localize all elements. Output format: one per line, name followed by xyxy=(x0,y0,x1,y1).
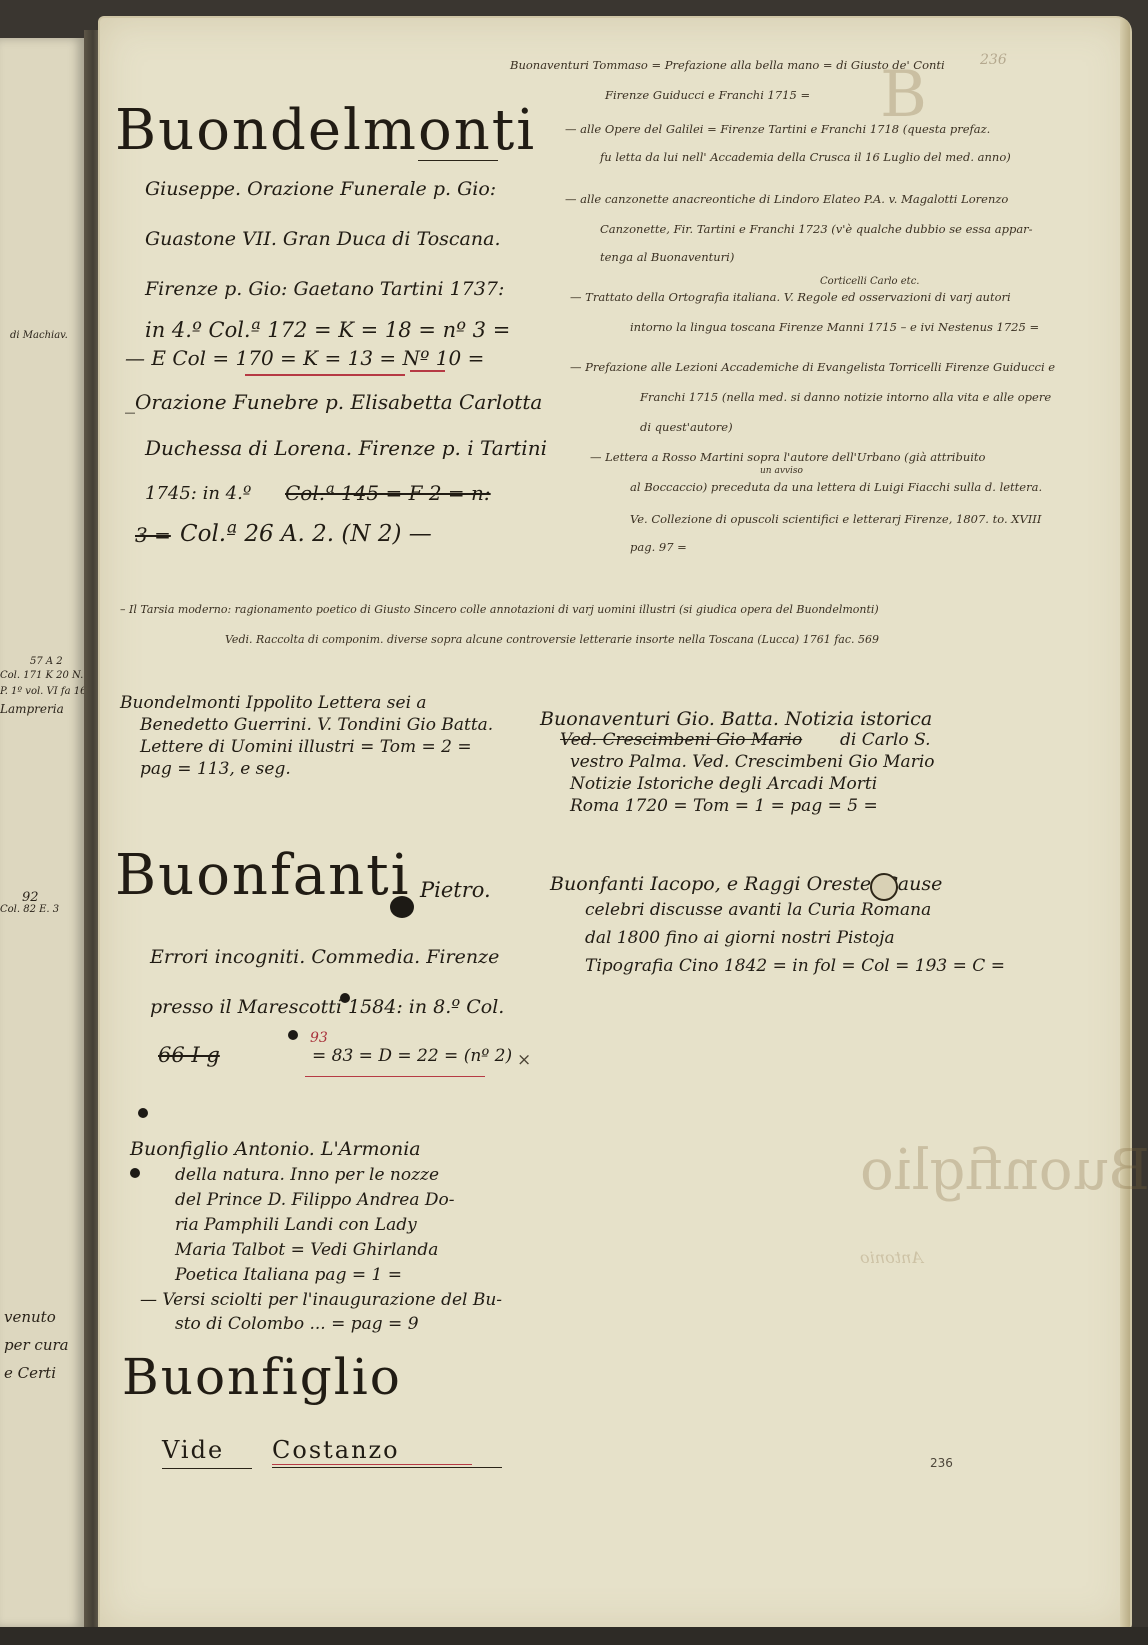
ink-dot xyxy=(288,1030,298,1040)
tommaso-line-11: Franchi 1715 (nella med. si danno notizi… xyxy=(640,390,1051,404)
buonfiglio-antonio-line-6: Poetica Italiana pag = 1 = xyxy=(175,1265,402,1285)
costanzo-underline xyxy=(272,1467,502,1468)
folio-number-top: 236 xyxy=(980,52,1007,68)
left-note-8: venuto xyxy=(4,1308,56,1326)
buonfanti-final-ref: = 83 = D = 22 = (nº 2) xyxy=(312,1046,512,1066)
ink-dot xyxy=(130,1168,140,1178)
ippolito-line-3: Lettere di Uomini illustri = Tom = 2 = xyxy=(140,737,472,757)
heading-buonfanti: Buonfanti xyxy=(115,843,411,908)
jacopo-line-2: celebri discusse avanti la Curia Romana xyxy=(585,900,931,920)
red-underline-3 xyxy=(305,1076,485,1077)
buonfiglio-antonio-line-8: sto di Colombo ... = pag = 9 xyxy=(175,1314,419,1334)
tommaso-line-1: Buonaventuri Tommaso = Prefazione alla b… xyxy=(510,58,945,72)
tommaso-line-15: Ve. Collezione di opuscoli scientifici e… xyxy=(630,512,1041,526)
left-note-2: 57 A 2 xyxy=(30,656,63,667)
buondelmonti-line-5: — E Col = 170 = K = 13 = Nº 10 = xyxy=(125,346,484,370)
scan-bottom-edge xyxy=(0,1627,1148,1645)
giobatta-line-5: Roma 1720 = Tom = 1 = pag = 5 = xyxy=(570,796,878,816)
heading-buonfiglio: Buonfiglio xyxy=(122,1348,402,1406)
left-note-4: P. 1º vol. VI fa 16 xyxy=(0,686,86,697)
costanzo-red-underline xyxy=(272,1464,472,1465)
ippolito-line-4: pag = 113, e seg. xyxy=(140,759,291,779)
buonfiglio-antonio-line-7: — Versi sciolti per l'inaugurazione del … xyxy=(140,1290,502,1310)
vide-label: Vide xyxy=(162,1436,224,1464)
buondelmonti-work2-line-3: 1745: in 4.º xyxy=(145,483,251,504)
tommaso-insert-corticelli: Corticelli Carlo etc. xyxy=(820,276,919,287)
buonfiglio-antonio-line-3: del Prince D. Filippo Andrea Do- xyxy=(175,1190,455,1210)
ippolito-line-1: Buondelmonti Ippolito Lettera sei a xyxy=(120,693,427,713)
giobatta-line-4: Notizie Istoriche degli Arcadi Morti xyxy=(570,774,877,794)
buonfiglio-antonio-line-1: Buonfiglio Antonio. L'Armonia xyxy=(130,1138,421,1160)
buondelmonti-line-1: Giuseppe. Orazione Funerale p. Gio: xyxy=(145,178,496,200)
buonfiglio-antonio-line-5: Maria Talbot = Vedi Ghirlanda xyxy=(175,1240,438,1260)
tommaso-line-3: — alle Opere del Galilei = Firenze Tarti… xyxy=(565,122,990,136)
giobatta-struck: Ved. Crescimbeni Gio Mario xyxy=(560,730,802,750)
left-note-9: per cura xyxy=(4,1336,69,1354)
giobatta-line-3: vestro Palma. Ved. Crescimbeni Gio Mario xyxy=(570,752,935,772)
tarsia-line-1: – Il Tarsia moderno: ragionamento poetic… xyxy=(120,603,879,616)
ink-blot xyxy=(390,896,414,918)
paper-hole xyxy=(870,873,898,901)
tommaso-line-4: fu letta da lui nell' Accademia della Cr… xyxy=(600,150,1011,164)
tommaso-line-5: — alle canzonette anacreontiche di Lindo… xyxy=(565,192,1008,206)
tommaso-line-7: tenga al Buonaventuri) xyxy=(600,250,734,264)
buonfanti-first-name: Pietro. xyxy=(420,878,491,902)
left-note-10: e Certi xyxy=(4,1364,56,1382)
buondelmonti-line-4: in 4.º Col.ª 172 = K = 18 = nº 3 = xyxy=(145,318,510,342)
heading-underline xyxy=(418,160,498,161)
giobatta-line-2: di Carlo S. xyxy=(840,730,931,750)
buonfiglio-antonio-line-2: della natura. Inno per le nozze xyxy=(175,1165,439,1185)
tommaso-line-12: di quest'autore) xyxy=(640,420,733,434)
buonfiglio-antonio-line-4: ria Pamphili Landi con Lady xyxy=(175,1215,417,1235)
tarsia-line-2: Vedi. Raccolta di componim. diverse sopr… xyxy=(225,633,879,646)
left-note-5: Lampreria xyxy=(0,702,64,716)
tommaso-line-9: intorno la lingua toscana Firenze Manni … xyxy=(630,320,1039,334)
jacopo-line-4: Tipografia Cino 1842 = in fol = Col = 19… xyxy=(585,956,1005,976)
buonfanti-line-1: Errori incogniti. Commedia. Firenze xyxy=(150,946,499,968)
jacopo-line-3: dal 1800 fino ai giorni nostri Pistoja xyxy=(585,928,895,948)
tommaso-line-16: pag. 97 = xyxy=(630,540,687,554)
giobatta-line-1: Buonaventuri Gio. Batta. Notizia istoric… xyxy=(540,708,932,730)
bleed-through-line-1: Antonio xyxy=(860,1248,923,1267)
buondelmonti-line-3: Firenze p. Gio: Gaetano Tartini 1737: xyxy=(145,278,504,300)
buonfanti-struck-ref: 66 I g xyxy=(158,1043,220,1067)
tommaso-insert-avviso: un avviso xyxy=(760,466,803,476)
tommaso-line-10: — Prefazione alle Lezioni Accademiche di… xyxy=(570,360,1055,374)
tommaso-line-8: — Trattato della Ortografia italiana. V.… xyxy=(570,290,1011,304)
red-underline-1 xyxy=(245,374,405,376)
ink-dot xyxy=(138,1108,148,1118)
tommaso-line-2: Firenze Guiducci e Franchi 1715 = xyxy=(605,88,810,102)
tommaso-line-6: Canzonette, Fir. Tartini e Franchi 1723 … xyxy=(600,222,1033,236)
buondelmonti-line-2: Guastone VII. Gran Duca di Toscana. xyxy=(145,228,500,250)
tommaso-line-13: — Lettera a Rosso Martini sopra l'autore… xyxy=(590,450,985,464)
buonfanti-red-number: 93 xyxy=(310,1030,328,1046)
tommaso-line-14: al Boccaccio) preceduta da una lettera d… xyxy=(630,480,1042,494)
red-underline-2 xyxy=(410,370,445,372)
struck-reference: Col.ª 145 = F 2 = n: xyxy=(285,481,491,505)
facing-left-page: di Machiav. 57 A 2 Col. 171 K 20 N. P. 1… xyxy=(0,38,84,1628)
left-note-3: Col. 171 K 20 N. xyxy=(0,670,83,681)
vide-underline xyxy=(162,1468,252,1469)
left-note-6: 92 xyxy=(22,890,39,905)
cross-mark: × xyxy=(517,1050,531,1070)
page-edge xyxy=(1120,18,1130,1630)
left-note-7: Col. 82 E. 3 xyxy=(0,904,59,915)
vide-target-link[interactable]: Costanzo xyxy=(272,1436,400,1464)
bleed-through-heading: Buonfiglio xyxy=(860,1138,1148,1203)
left-note-1: di Machiav. xyxy=(10,330,68,341)
buondelmonti-work2-line-2: Duchessa di Lorena. Firenze p. i Tartini xyxy=(145,436,547,460)
ippolito-line-2: Benedetto Guerrini. V. Tondini Gio Batta… xyxy=(140,715,493,735)
buonfanti-line-2: presso il Marescotti 1584: in 8.º Col. xyxy=(150,996,504,1018)
buondelmonti-work2-line-1: _Orazione Funebre p. Elisabetta Carlotta xyxy=(125,390,542,414)
folio-number-bottom: 236 xyxy=(930,1456,953,1470)
manuscript-page: Buonfiglio Antonio B 236 236 Buondelmont… xyxy=(100,18,1130,1630)
final-reference: Col.ª 26 A. 2. (N 2) — xyxy=(180,521,432,547)
heading-buondelmonti: Buondelmonti xyxy=(115,98,536,163)
struck-prefix: 3 = xyxy=(135,523,171,547)
